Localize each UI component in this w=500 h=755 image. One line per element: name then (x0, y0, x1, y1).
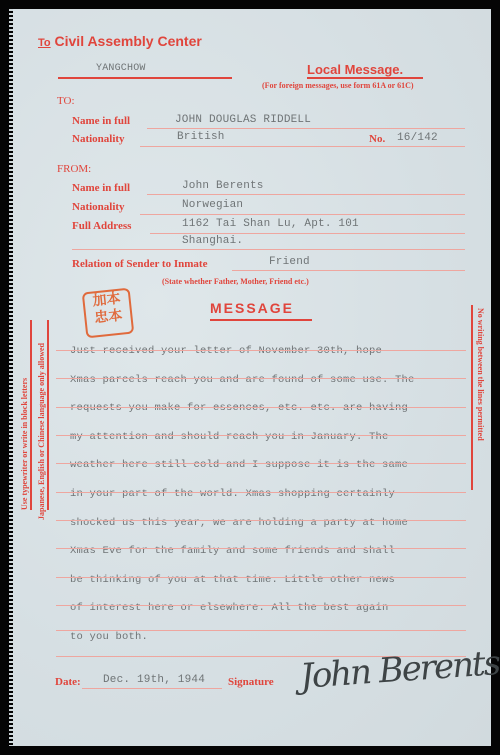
from-name-value: John Berents (182, 180, 264, 192)
address-line2-value: Shanghai. (182, 235, 243, 247)
assembly-center-value: YANGCHOW (96, 63, 146, 74)
message-line: Xmas Eve for the family and some friends… (70, 537, 415, 566)
left-margin-note-1: Use typewriter or write in block letters (20, 378, 29, 510)
left-margin-note-2: Japanese, English or Chinese language on… (37, 343, 46, 520)
date-value: Dec. 19th, 1944 (103, 674, 205, 686)
from-nationality-value: Norwegian (182, 199, 243, 211)
to-name-line (147, 128, 465, 129)
inmate-no-value: 16/142 (397, 132, 438, 144)
date-label: Date: (55, 676, 81, 688)
inmate-no-label: No. (369, 133, 385, 145)
message-line: requests you make for essences, etc. etc… (70, 394, 415, 423)
message-rule (56, 520, 466, 521)
from-name-label: Name in full (72, 182, 130, 194)
date-line (82, 688, 222, 689)
message-rule (56, 463, 466, 464)
from-nationality-line (140, 214, 465, 215)
address-label: Full Address (72, 220, 131, 232)
to-nationality-label: Nationality (72, 133, 125, 145)
message-line: shocked us this year, we are holding a p… (70, 509, 415, 538)
signature-label: Signature (228, 676, 274, 688)
stamp-characters: 加本 忠本 (92, 291, 123, 327)
left-margin-bar-2 (47, 320, 49, 510)
message-line: Just received your letter of November 30… (70, 337, 415, 366)
form-title: To Civil Assembly Center (38, 33, 202, 49)
to-name-value: JOHN DOUGLAS RIDDELL (175, 114, 311, 126)
foreign-note: (For foreign messages, use form 61A or 6… (262, 81, 414, 90)
message-rule (56, 605, 466, 606)
relation-value: Friend (269, 256, 310, 268)
to-nationality-value: British (177, 131, 225, 143)
local-message-title: Local Message. (307, 62, 403, 77)
address-line-1 (150, 233, 465, 234)
to-name-label: Name in full (72, 115, 130, 127)
from-nationality-label: Nationality (72, 201, 125, 213)
to-nationality-line (140, 146, 465, 147)
message-rule (56, 435, 466, 436)
message-rule (56, 577, 466, 578)
from-name-line (147, 194, 465, 195)
relation-line (232, 270, 465, 271)
message-line: in your part of the world. Xmas shopping… (70, 480, 415, 509)
message-rule (56, 407, 466, 408)
address-line1-value: 1162 Tai Shan Lu, Apt. 101 (182, 218, 359, 230)
message-heading-underline (210, 319, 312, 321)
from-heading: FROM: (57, 163, 91, 175)
title-text: Civil Assembly Center (55, 33, 202, 49)
right-margin-note: No writing between the lines permitted (476, 308, 485, 441)
center-underline (58, 77, 232, 79)
message-line: of interest here or elsewhere. All the b… (70, 594, 415, 623)
perforated-edge (9, 9, 13, 746)
message-line: my attention and should reach you in Jan… (70, 423, 415, 452)
chop-stamp: 加本 忠本 (82, 288, 135, 339)
message-line: weather here still cold and I suppose it… (70, 451, 415, 480)
message-rule (56, 630, 466, 631)
relation-label: Relation of Sender to Inmate (72, 258, 207, 270)
to-heading: TO: (57, 95, 75, 107)
message-rule (56, 492, 466, 493)
message-rule (56, 350, 466, 351)
right-margin-bar (471, 305, 473, 490)
title-prefix: To (38, 37, 51, 49)
address-line-2 (72, 249, 465, 250)
message-line: Xmas parcels reach you and are found of … (70, 366, 415, 395)
left-margin-bar (30, 320, 32, 510)
message-rule (56, 548, 466, 549)
relation-note: (State whether Father, Mother, Friend et… (162, 277, 309, 286)
message-line: be thinking of you at that time. Little … (70, 566, 415, 595)
message-rule (56, 378, 466, 379)
local-message-underline (307, 77, 423, 79)
message-line: to you both. (70, 623, 415, 652)
message-heading: MESSAGE (210, 300, 294, 316)
